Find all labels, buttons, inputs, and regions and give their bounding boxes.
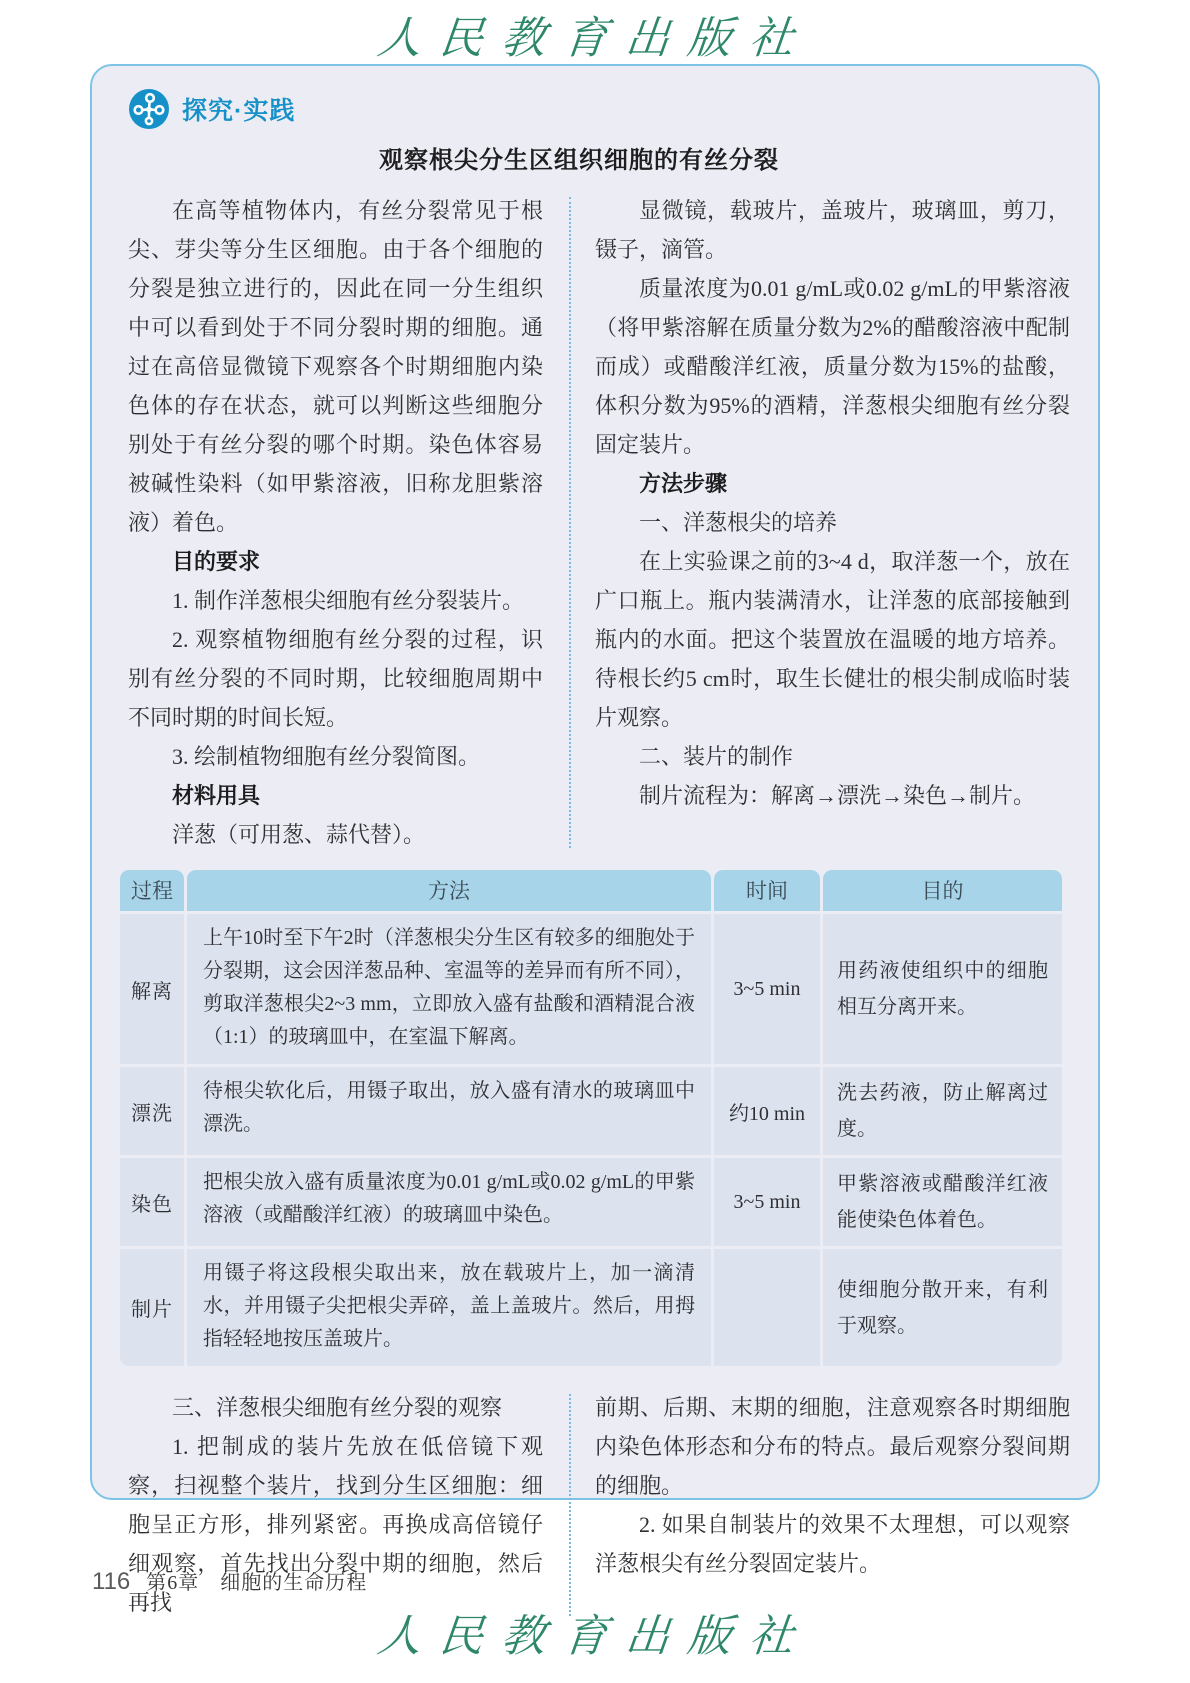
purpose-item: 2. 观察植物细胞有丝分裂的过程，识别有丝分裂的不同时期，比较细胞周期中不同时期… xyxy=(128,620,543,737)
intro-left-column: 在高等植物体内，有丝分裂常见于根尖、芽尖等分生区细胞。由于各个细胞的分裂是独立进… xyxy=(128,191,543,854)
table-row-purpose: 洗去药液，防止解离过度。 xyxy=(823,1067,1062,1155)
activity-panel: 探究·实践 观察根尖分生区组织细胞的有丝分裂 在高等植物体内，有丝分裂常见于根尖… xyxy=(90,64,1100,1500)
molecule-icon xyxy=(128,88,170,130)
purpose-item: 1. 制作洋葱根尖细胞有丝分裂装片。 xyxy=(128,581,543,620)
method-step-text: 在上实验课之前的3~4 d，取洋葱一个，放在广口瓶上。瓶内装满清水，让洋葱的底部… xyxy=(595,542,1070,737)
table-row-purpose: 使细胞分散开来，有利于观察。 xyxy=(823,1249,1062,1366)
table-row-purpose: 甲紫溶液或醋酸洋红液能使染色体着色。 xyxy=(823,1158,1062,1246)
method-step-heading: 一、洋葱根尖的培养 xyxy=(595,503,1070,542)
intro-paragraph: 在高等植物体内，有丝分裂常见于根尖、芽尖等分生区细胞。由于各个细胞的分裂是独立进… xyxy=(128,191,543,542)
table-row-time: 3~5 min xyxy=(714,1158,820,1246)
materials-text: 洋葱（可用葱、蒜代替）。 xyxy=(128,815,543,854)
table-row-method: 待根尖软化后，用镊子取出，放入盛有清水的玻璃皿中漂洗。 xyxy=(187,1067,711,1155)
table-cell-text: 甲紫溶液或醋酸洋红液能使染色体着色。 xyxy=(837,1166,1048,1238)
section-heading-methods: 方法步骤 xyxy=(595,464,1070,503)
table-row-process: 制片 xyxy=(120,1249,184,1366)
observation-text: 2. 如果自制装片的效果不太理想，可以观察洋葱根尖有丝分裂固定装片。 xyxy=(595,1505,1070,1583)
column-divider xyxy=(569,1394,571,1616)
activity-title: 观察根尖分生区组织细胞的有丝分裂 xyxy=(128,140,1030,175)
table-row-time xyxy=(714,1249,820,1366)
publisher-watermark-top: 人民教育出版社 xyxy=(0,2,1190,66)
table-row-method: 上午10时至下午2时（洋葱根尖分生区有较多的细胞处于分裂期，这会因洋葱品种、室温… xyxy=(187,914,711,1064)
method-step-heading: 二、装片的制作 xyxy=(595,737,1070,776)
section-heading-materials: 材料用具 xyxy=(128,776,543,815)
observation-text: 前期、后期、末期的细胞，注意观察各时期细胞内染色体形态和分布的特点。最后观察分裂… xyxy=(595,1388,1070,1505)
table-row-time: 约10 min xyxy=(714,1067,820,1155)
badge-label: 探究·实践 xyxy=(182,91,295,127)
table-cell-text: 洗去药液，防止解离过度。 xyxy=(837,1075,1048,1147)
table-header-purpose: 目的 xyxy=(823,870,1062,911)
observation-heading: 三、洋葱根尖细胞有丝分裂的观察 xyxy=(128,1388,543,1427)
observation-right-column: 前期、后期、末期的细胞，注意观察各时期细胞内染色体形态和分布的特点。最后观察分裂… xyxy=(595,1388,1070,1622)
materials-text: 质量浓度为0.01 g/mL或0.02 g/mL的甲紫溶液（将甲紫溶解在质量分数… xyxy=(595,269,1070,464)
table-header-method: 方法 xyxy=(187,870,711,911)
table-row-method: 用镊子将这段根尖取出来，放在载玻片上，加一滴清水，并用镊子尖把根尖弄碎，盖上盖玻… xyxy=(187,1249,711,1366)
table-cell-text: 使细胞分散开来，有利于观察。 xyxy=(837,1272,1048,1344)
table-row-purpose: 用药液使组织中的细胞相互分离开来。 xyxy=(823,914,1062,1064)
procedure-table: 过程 方法 时间 目的 解离 上午10时至下午2时（洋葱根尖分生区有较多的细胞处… xyxy=(120,870,1062,1366)
table-cell-text: 用药液使组织中的细胞相互分离开来。 xyxy=(837,953,1048,1025)
intro-columns: 在高等植物体内，有丝分裂常见于根尖、芽尖等分生区细胞。由于各个细胞的分裂是独立进… xyxy=(128,191,1070,854)
table-row-time: 3~5 min xyxy=(714,914,820,1064)
page-number: 116 xyxy=(92,1568,130,1596)
section-heading-purpose: 目的要求 xyxy=(128,542,543,581)
publisher-watermark-bottom: 人民教育出版社 xyxy=(0,1600,1190,1664)
table-row-process: 漂洗 xyxy=(120,1067,184,1155)
column-divider xyxy=(569,197,571,848)
table-header-process: 过程 xyxy=(120,870,184,911)
materials-text: 显微镜，载玻片，盖玻片，玻璃皿，剪刀，镊子，滴管。 xyxy=(595,191,1070,269)
chapter-title: 第6章 细胞的生命历程 xyxy=(146,1566,367,1595)
method-step-text: 制片流程为：解离→漂洗→染色→制片。 xyxy=(595,776,1070,815)
table-row-method: 把根尖放入盛有质量浓度为0.01 g/mL或0.02 g/mL的甲紫溶液（或醋酸… xyxy=(187,1158,711,1246)
table-row-process: 染色 xyxy=(120,1158,184,1246)
page-footer: 116 第6章 细胞的生命历程 xyxy=(92,1566,367,1596)
table-header-time: 时间 xyxy=(714,870,820,911)
intro-right-column: 显微镜，载玻片，盖玻片，玻璃皿，剪刀，镊子，滴管。 质量浓度为0.01 g/mL… xyxy=(595,191,1070,854)
purpose-item: 3. 绘制植物细胞有丝分裂简图。 xyxy=(128,737,543,776)
activity-badge: 探究·实践 xyxy=(128,88,1070,130)
table-row-process: 解离 xyxy=(120,914,184,1064)
